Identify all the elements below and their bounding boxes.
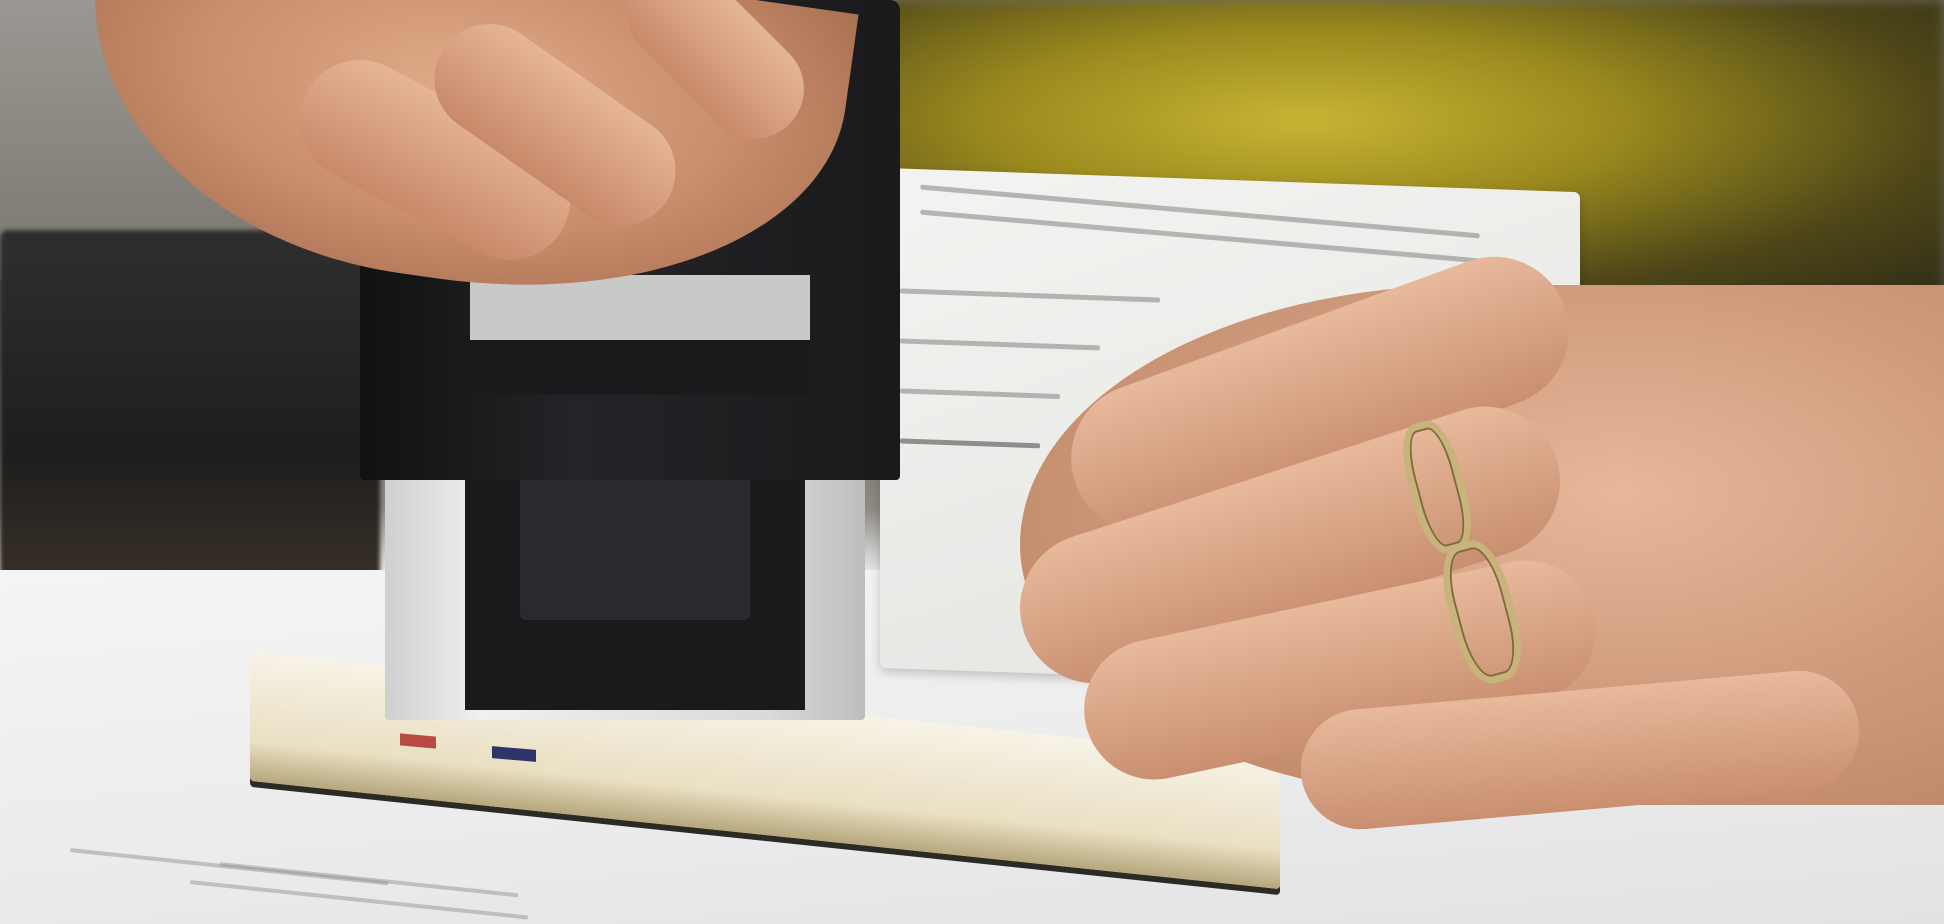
photo-scene [0, 0, 1944, 924]
doc-text-line [900, 438, 1040, 448]
doc-text-line [920, 185, 1479, 239]
doc-text-line [920, 210, 1479, 264]
dark-background-object [0, 230, 380, 600]
stamp-slot [470, 340, 810, 395]
doc-text-line [900, 288, 1160, 302]
doc-text-line [900, 338, 1100, 350]
stamp-label [470, 275, 810, 345]
doc-text-line [900, 388, 1060, 399]
